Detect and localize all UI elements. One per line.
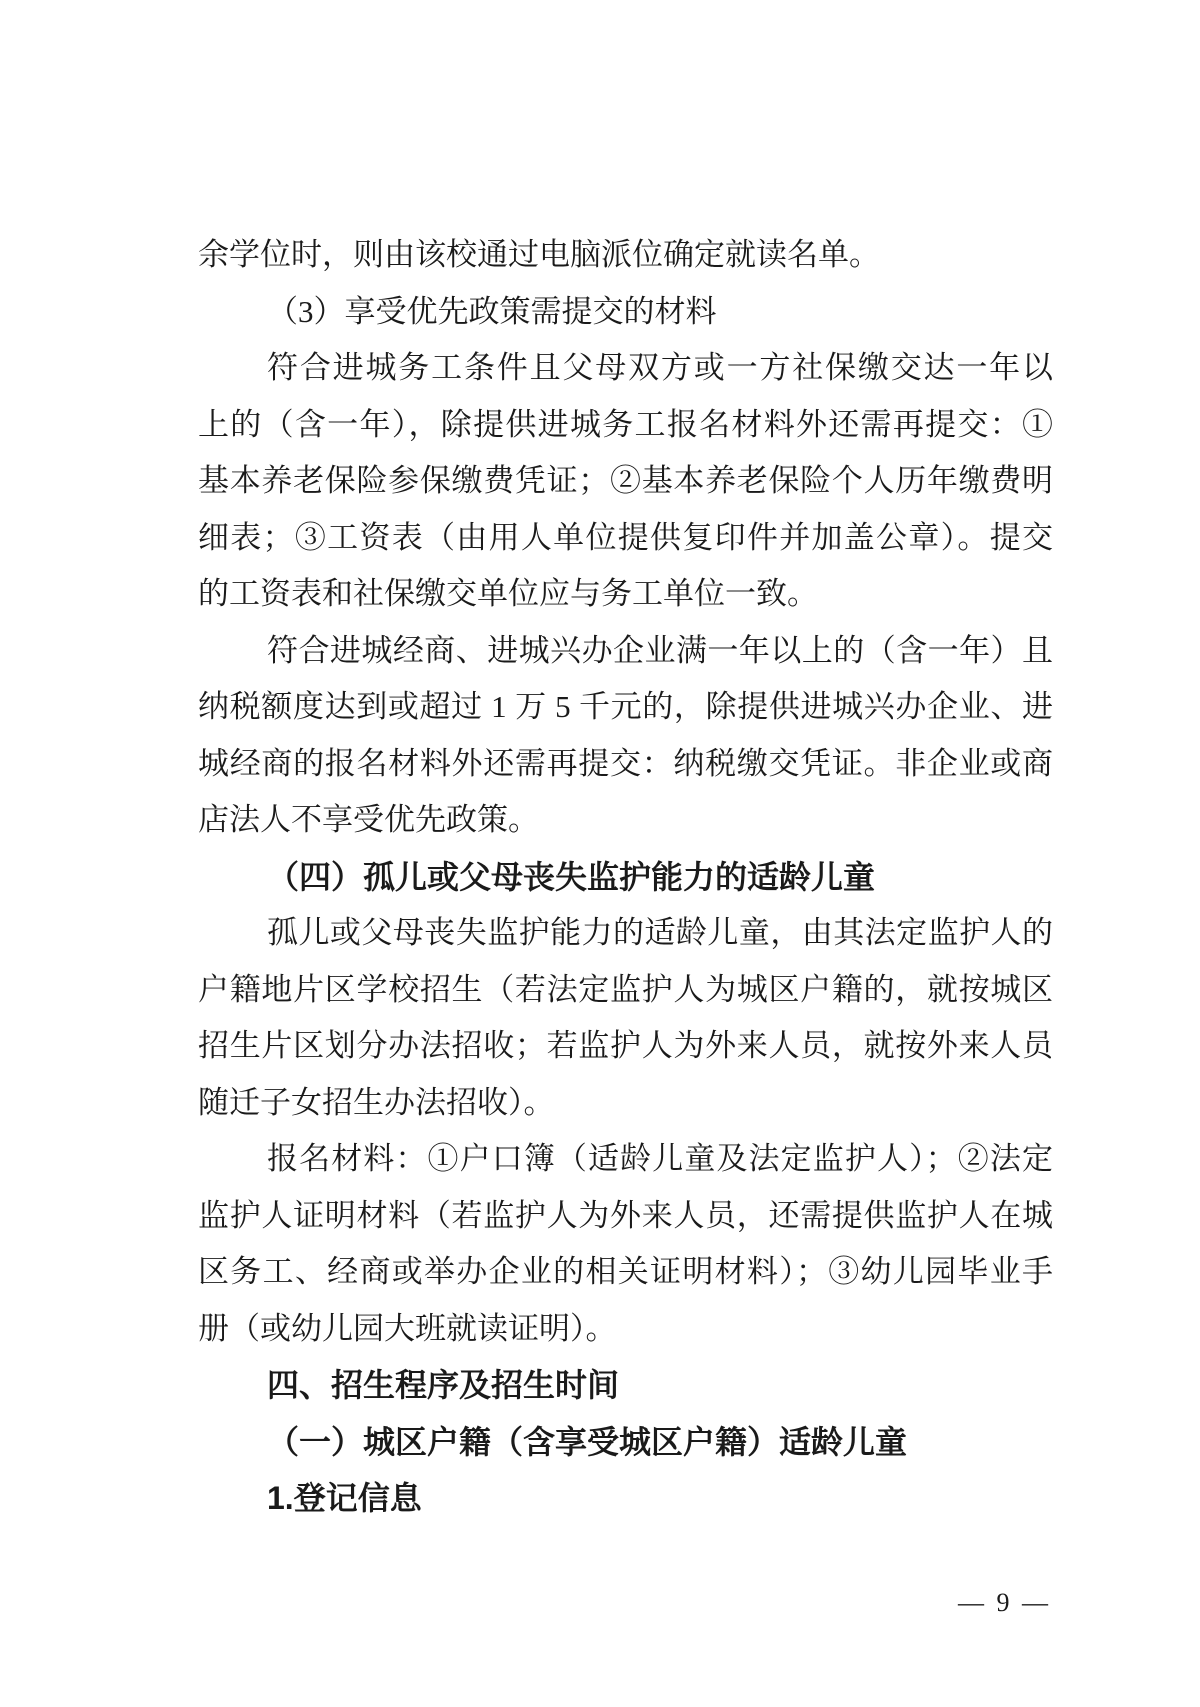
text-line: 细表；③工资表（由用人单位提供复印件并加盖公章）。提交 — [198, 510, 1053, 567]
text-line: 区务工、经商或举办企业的相关证明材料）；③幼儿园毕业手 — [198, 1244, 1053, 1301]
text-line: 余学位时，则由该校通过电脑派位确定就读名单。 — [198, 227, 1053, 284]
text-line: 监护人证明材料（若监护人为外来人员，还需提供监护人在城 — [198, 1188, 1053, 1245]
text-line: 的工资表和社保缴交单位应与务工单位一致。 — [198, 566, 1053, 623]
text-line: 店法人不享受优先政策。 — [198, 792, 1053, 849]
page-number: — 9 — — [958, 1588, 1051, 1618]
text-line: 城经商的报名材料外还需再提交：纳税缴交凭证。非企业或商 — [198, 736, 1053, 793]
text-line: 符合进城务工条件且父母双方或一方社保缴交达一年以 — [198, 340, 1053, 397]
text-line: 册（或幼儿园大班就读证明）。 — [198, 1301, 1053, 1358]
text-line: 招生片区划分办法招收；若监护人为外来人员，就按外来人员 — [198, 1018, 1053, 1075]
text-line: 基本养老保险参保缴费凭证；②基本养老保险个人历年缴费明 — [198, 453, 1053, 510]
document-body: 余学位时，则由该校通过电脑派位确定就读名单。 （3）享受优先政策需提交的材料 符… — [198, 227, 1053, 1527]
text-line: 户籍地片区学校招生（若法定监护人为城区户籍的，就按城区 — [198, 962, 1053, 1019]
text-line: 上的（含一年），除提供进城务工报名材料外还需再提交：① — [198, 397, 1053, 454]
heading-line: 四、招生程序及招生时间 — [198, 1357, 1053, 1414]
text-line: 纳税额度达到或超过 1 万 5 千元的，除提供进城兴办企业、进 — [198, 679, 1053, 736]
text-line: 孤儿或父母丧失监护能力的适龄儿童，由其法定监护人的 — [198, 905, 1053, 962]
text-line: 符合进城经商、进城兴办企业满一年以上的（含一年）且 — [198, 623, 1053, 680]
heading-line: （四）孤儿或父母丧失监护能力的适龄儿童 — [198, 849, 1053, 906]
text-line: （3）享受优先政策需提交的材料 — [198, 284, 1053, 341]
text-line: 随迁子女招生办法招收）。 — [198, 1075, 1053, 1132]
heading-line: 1.登记信息 — [198, 1470, 1053, 1527]
document-page: 余学位时，则由该校通过电脑派位确定就读名单。 （3）享受优先政策需提交的材料 符… — [0, 0, 1200, 1707]
heading-line: （一）城区户籍（含享受城区户籍）适龄儿童 — [198, 1414, 1053, 1471]
text-line: 报名材料：①户口簿（适龄儿童及法定监护人）；②法定 — [198, 1131, 1053, 1188]
